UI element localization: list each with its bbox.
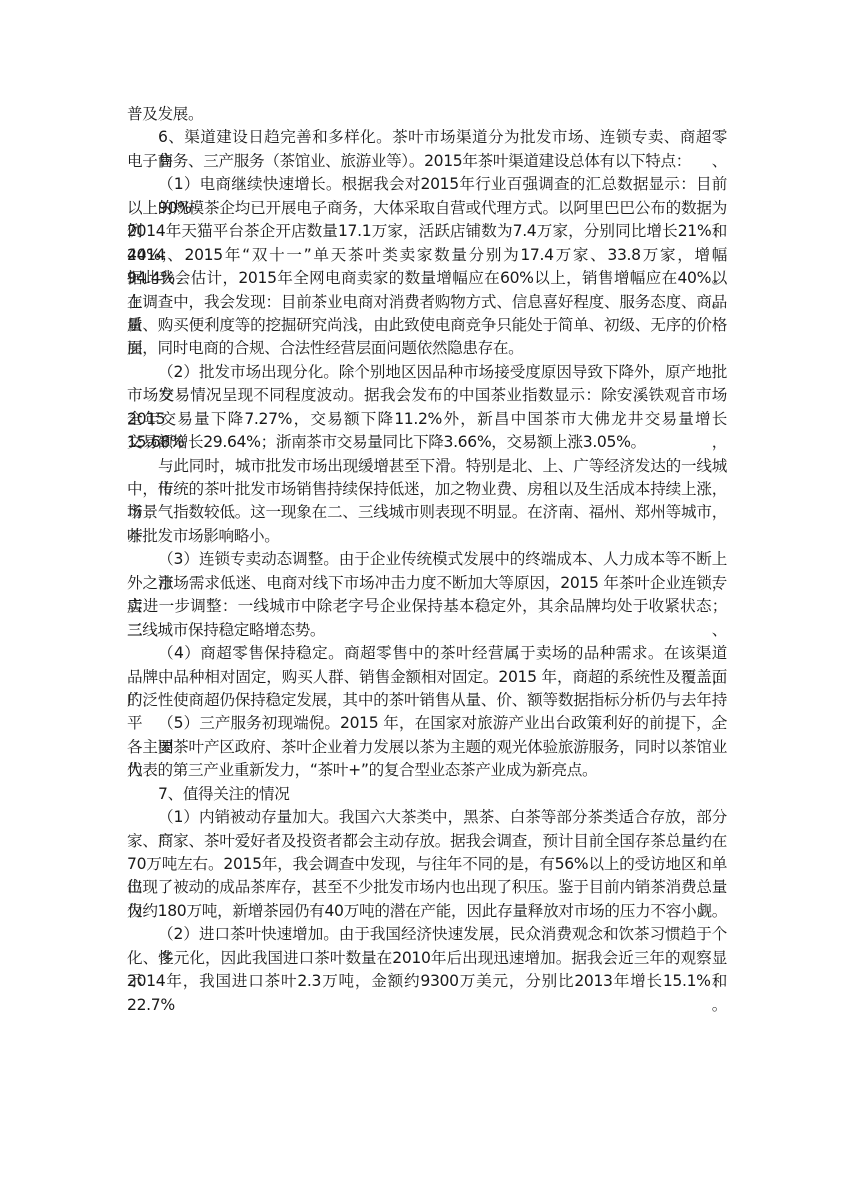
text-line: 2014年天猫平台茶企开店数量17.1万家，活跃店铺数为7.4万家，分别同比增长… — [127, 220, 727, 243]
text-line: （3）连锁专卖动态调整。由于企业传统模式发展中的终端成本、人力成本等不断上涨， — [127, 548, 727, 571]
text-line: 6、渠道建设日趋完善和多样化。茶叶市场渠道分为批发市场、连锁专卖、商超零售、 — [127, 126, 727, 149]
text-line: 7、值得关注的情况 — [127, 783, 727, 806]
text-line: （5）三产服务初现端倪。2015 年，在国家对旅游产业出台政策利好的前提下，全国 — [127, 712, 727, 735]
text-line: 家、商家、茶叶爱好者及投资者都会主动存放。据我会调查，预计目前全国存茶总量约在 — [127, 830, 727, 853]
text-line: 外之市场需求低迷、电商对线下市场冲击力度不断加大等原因，2015 年茶叶企业连锁… — [127, 572, 727, 595]
text-line: 各主要茶叶产区政府、茶叶企业着力发展以茶为主题的观光体验旅游服务，同时以茶馆业为 — [127, 736, 727, 759]
text-line: 70万吨左右。2015年，我会调查中发现，与往年不同的是，有56%以上的受访地区… — [127, 853, 727, 876]
text-line: 据此我会估计，2015年全网电商卖家的数量增幅应在60%以上，销售增幅应在40%… — [127, 267, 727, 290]
text-line: （1）内销被动存量加大。我国六大茶类中，黑茶、白茶等部分茶类适合存放，部分厂 — [127, 806, 727, 829]
text-line: 交易额增长29.64%；浙南茶市交易量同比下降3.66%，交易额上涨3.05%。 — [127, 431, 727, 454]
text-line: 叶批发市场影响略小。 — [127, 525, 727, 548]
text-line: 全年交易量下降7.27%，交易额下降11.2%外，新昌中国茶市大佛龙井交易量增长… — [127, 408, 727, 431]
text-line: 2014年，我国进口茶叶2.3万吨，金额约9300万美元，分别比2013年增长1… — [127, 970, 727, 993]
text-line: 出现了被动的成品茶库存，甚至不少批发市场内也出现了积压。鉴于目前内销茶消费总量仅 — [127, 876, 727, 899]
text-line: 以上的规模茶企均已开展电子商务，大体采取自营或代理方式。以阿里巴巴公布的数据为例… — [127, 197, 727, 220]
text-line: 场景气指数较低。这一现象在二、三线城市则表现不明显。在济南、福州、郑州等城市，茶 — [127, 501, 727, 524]
text-line: 量、购买便利度等的挖掘研究尚浅，由此致使电商竞争只能处于简单、初级、无序的价格层 — [127, 314, 727, 337]
text-line: 普及发展。 — [127, 103, 727, 126]
text-line: 化、多元化，因此我国进口茶叶数量在2010年后出现迅速增加。据我会近三年的观察显… — [127, 947, 727, 970]
text-line: 品牌、品种相对固定，购买人群、销售金额相对固定。2015 年，商超的系统性及覆盖… — [127, 666, 727, 689]
text-line: （2）进口茶叶快速增加。由于我国经济快速发展，民众消费观念和饮茶习惯趋于个性 — [127, 923, 727, 946]
text-line: 中，传统的茶叶批发市场销售持续保持低迷，加之物业费、房租以及生活成本持续上涨，市 — [127, 478, 727, 501]
text-line: 2014、2015年“双十一”单天茶叶类卖家数量分别为17.4万家、33.8万家… — [127, 244, 727, 267]
text-line: 在调查中，我会发现：目前茶业电商对消费者购物方式、信息喜好程度、服务态度、商品质 — [127, 291, 727, 314]
text-line: 为约180万吨，新增茶园仍有40万吨的潜在产能，因此存量释放对市场的压力不容小觑… — [127, 900, 727, 923]
text-line: 代表的第三产业重新发力，“茶叶+”的复合型业态茶产业成为新亮点。 — [127, 759, 727, 782]
text-line: 面，同时电商的合规、合法性经营层面问题依然隐患存在。 — [127, 337, 727, 360]
text-line: 店进一步调整：一线城市中除老字号企业保持基本稳定外，其余品牌均处于收紧状态；二、 — [127, 595, 727, 618]
text-line: 电子商务、三产服务（茶馆业、旅游业等）。2015年茶叶渠道建设总体有以下特点： — [127, 150, 727, 173]
text-line: （4）商超零售保持稳定。商超零售中的茶叶经营属于卖场的品种需求。在该渠道中， — [127, 642, 727, 665]
text-line: （1）电商继续快速增长。根据我会对2015年行业百强调查的汇总数据显示：目前90… — [127, 173, 727, 196]
document-page: 普及发展。6、渠道建设日趋完善和多样化。茶叶市场渠道分为批发市场、连锁专卖、商超… — [127, 103, 727, 994]
text-line: 与此同时，城市批发市场出现缓增甚至下滑。特别是北、上、广等经济发达的一线城市 — [127, 455, 727, 478]
text-line: 广泛性使商超仍保持稳定发展，其中的茶叶销售从量、价、额等数据指标分析仍与去年持平… — [127, 689, 727, 712]
text-line: 市场交易情况呈现不同程度波动。据我会发布的中国茶业指数显示：除安溪铁观音市场20… — [127, 384, 727, 407]
text-line: （2）批发市场出现分化。除个别地区因品种市场接受度原因导致下降外，原产地批发 — [127, 361, 727, 384]
